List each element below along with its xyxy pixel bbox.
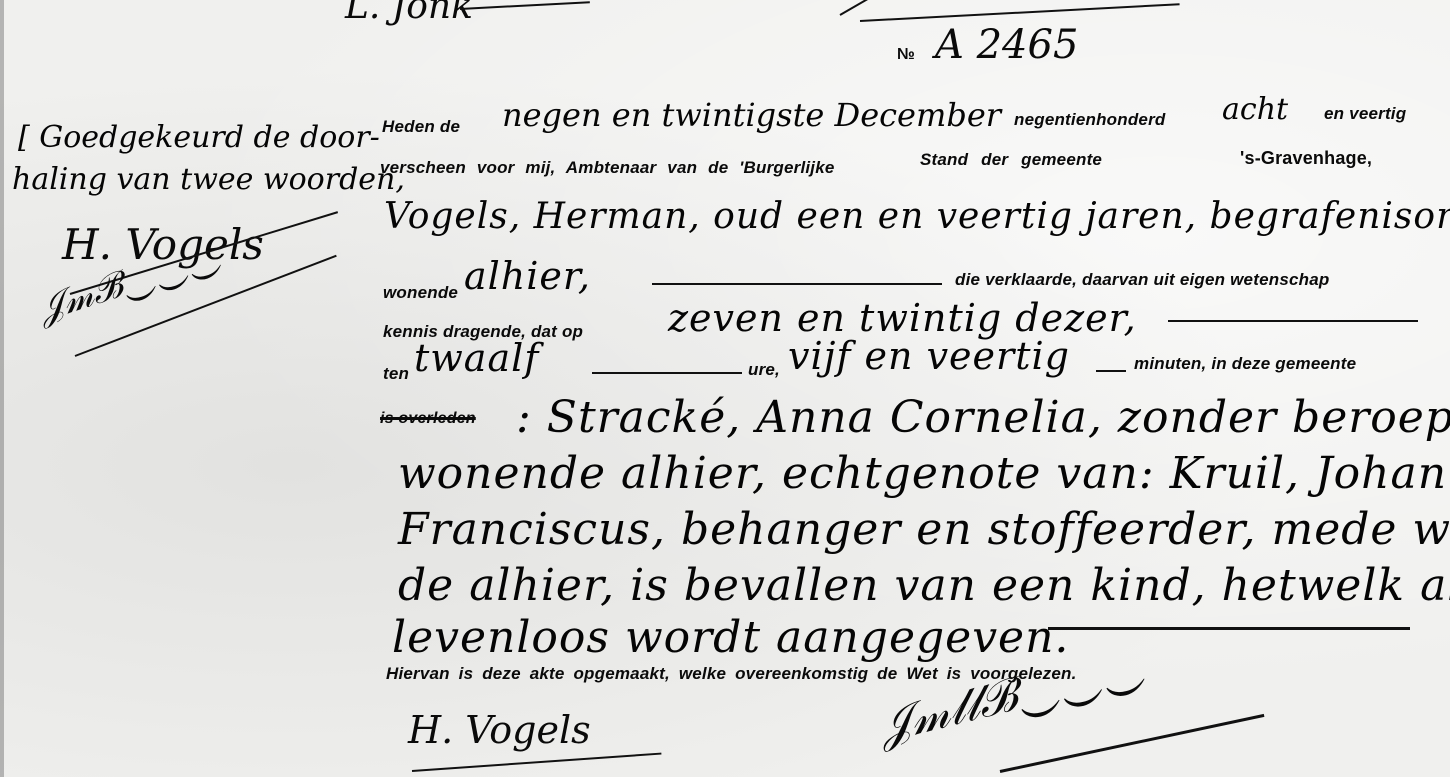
printed-ure: ure, (748, 360, 780, 380)
handwritten-declarant: Vogels, Herman, oud een en veertig jaren… (384, 196, 1450, 237)
printed-is-overleden-struck: is overleden (380, 410, 476, 428)
printed-wonende: wonende (383, 283, 458, 303)
margin-note-line-1: [ Goedgekeurd de door- (18, 120, 380, 155)
handwritten-birth-statement: de alhier, is bevallen van een kind, het… (398, 560, 1450, 611)
top-signature-fragment: L. Jonk (345, 0, 473, 27)
handwritten-hour: twaalf (414, 336, 539, 380)
printed-heden-de: Heden de (382, 117, 460, 137)
margin-note-line-2: haling van twee woorden, (12, 162, 405, 197)
signature-declarant: H. Vogels (408, 708, 591, 752)
fill-line (1096, 370, 1126, 372)
top-signature-stroke (460, 1, 590, 10)
printed-minuten: minuten, in deze gemeente (1134, 354, 1356, 374)
top-right-stroke-1 (840, 0, 893, 16)
fill-line (1168, 320, 1418, 322)
handwritten-year: acht (1222, 92, 1288, 127)
printed-negentienhonderd: negentienhonderd (1014, 110, 1165, 130)
printed-verscheen: verscheen voor mij, Ambtenaar van de 'Bu… (380, 158, 835, 178)
printed-ten: ten (383, 364, 409, 384)
page-edge (0, 0, 4, 777)
handwritten-mother: : Stracké, Anna Cornelia, zonder beroep,… (516, 392, 1450, 443)
fill-line (592, 372, 742, 374)
fill-line (1048, 627, 1410, 630)
handwritten-stillborn: levenloos wordt aangegeven. (392, 612, 1069, 663)
fill-line (652, 283, 942, 285)
handwritten-minutes: vijf en veertig (788, 334, 1070, 378)
handwritten-date: negen en twintigste December (502, 96, 1001, 134)
printed-die-verklaarde: die verklaarde, daarvan uit eigen wetens… (955, 270, 1329, 290)
signature-official-underline (1000, 714, 1265, 773)
top-right-stroke-2 (860, 3, 1180, 22)
printed-municipality: 's-Gravenhage, (1240, 148, 1372, 169)
document-page: L. Jonk № A 2465 [ Goedgekeurd de door- … (0, 0, 1450, 777)
handwritten-spouse: wonende alhier, echtgenote van: Kruil, J… (398, 448, 1450, 499)
signature-declarant-underline (412, 753, 662, 772)
record-number: A 2465 (935, 22, 1078, 68)
handwritten-spouse-occupation: Franciscus, behanger en stoffeerder, med… (398, 504, 1450, 555)
printed-stand-der-gemeente: Stand der gemeente (920, 150, 1102, 170)
handwritten-residence: alhier, (464, 254, 591, 298)
printed-en-veertig: en veertig (1324, 104, 1406, 124)
number-sign: № (897, 46, 915, 64)
